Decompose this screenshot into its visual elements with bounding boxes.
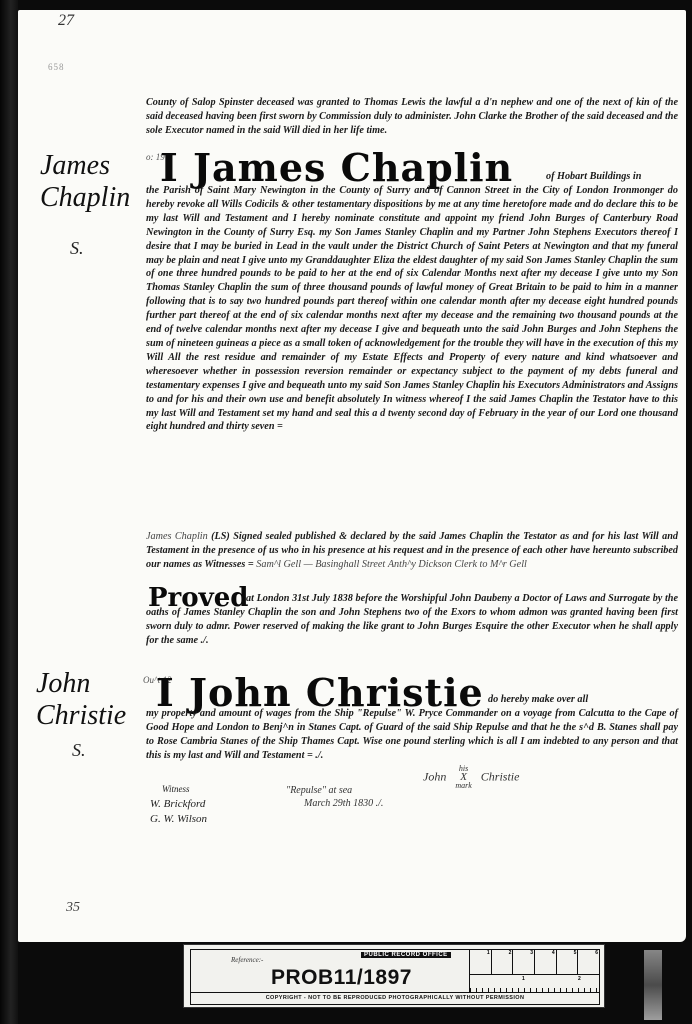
will-2-first-line: do hereby make over all <box>488 693 678 707</box>
will-1-body: the Parish of Saint Mary Newington in th… <box>146 184 678 544</box>
folio-stamp: 658 <box>48 62 65 72</box>
reference-label: Reference:- PUBLIC RECORD OFFICE PROB11/… <box>183 944 605 1008</box>
ruler-cm-2: 2 <box>492 950 514 974</box>
margin-mark-john: S. <box>72 740 86 761</box>
testator-surname: Christie <box>481 769 520 783</box>
testator-mark-block-john: John his X mark Christie <box>423 765 519 790</box>
ruler-cm-1: 1 <box>470 950 492 974</box>
scan-edge <box>0 0 18 1024</box>
reference-label-frame: Reference:- PUBLIC RECORD OFFICE PROB11/… <box>190 949 600 1005</box>
margin-name-james-chaplin: James Chaplin <box>40 150 150 214</box>
folio-number-bottom: 35 <box>66 900 80 916</box>
ruler-cm-5: 5 <box>557 950 579 974</box>
witness-2-signature-john: G. W. Wilson <box>150 812 207 827</box>
place-date-note: "Repulse" at sea March 29th 1830 ./. <box>286 784 383 810</box>
ruler-inch-scale: 1 2 <box>470 974 600 992</box>
seal-mark: (LS) <box>211 531 230 542</box>
probate-1-text: at London 31st July 1838 before the Wors… <box>146 592 678 648</box>
ruler-cm-4: 4 <box>535 950 557 974</box>
scale-ruler: 1 2 3 4 5 6 1 2 <box>469 950 600 992</box>
scan-edge-smudge <box>644 950 662 1020</box>
witness-1-signature-john: W. Brickford <box>150 797 207 812</box>
ruler-in-2: 2 <box>578 976 581 982</box>
witness-1-address: Basinghall Street <box>315 559 385 570</box>
manuscript-page: 27 658 County of Salop Spinster deceased… <box>18 10 686 942</box>
testator-signature-james: James Chaplin <box>146 531 208 542</box>
his-mark: his X mark <box>455 765 471 790</box>
ruler-cm-6: 6 <box>578 950 600 974</box>
date-note: March 29th 1830 ./. <box>286 797 383 810</box>
ruler-cm-scale: 1 2 3 4 5 6 <box>470 950 600 975</box>
witness-2-signature: Anth^y Dickson Clerk to M^r Gell <box>388 559 527 570</box>
will-1-first-line: of Hobart Buildings in <box>546 170 676 184</box>
reference-caption: Reference:- <box>231 956 263 964</box>
witness-label: Witness <box>150 782 207 797</box>
place-note: "Repulse" at sea <box>286 784 383 797</box>
reference-code: PROB11/1897 <box>271 966 412 990</box>
folio-number-top: 27 <box>58 12 74 30</box>
public-record-office-banner: PUBLIC RECORD OFFICE <box>361 952 451 958</box>
will-1-attestation-block: James Chaplin (LS) Signed sealed publish… <box>146 530 678 572</box>
witness-1-signature: Sam^l Gell — <box>256 559 312 570</box>
ruler-in-1: 1 <box>522 976 525 982</box>
will-2-body: my property and amount of wages from the… <box>146 707 678 763</box>
copyright-notice: COPYRIGHT - NOT TO BE REPRODUCED PHOTOGR… <box>191 992 599 1004</box>
margin-mark-james: S. <box>70 238 84 259</box>
margin-name-john-christie: John Christie <box>36 668 146 732</box>
testator-first-name: John <box>423 769 446 783</box>
intro-paragraph: County of Salop Spinster deceased was gr… <box>146 96 678 138</box>
ruler-cm-3: 3 <box>513 950 535 974</box>
mark-label-mark: mark <box>455 781 471 790</box>
witness-block-john: Witness W. Brickford G. W. Wilson <box>150 782 207 827</box>
